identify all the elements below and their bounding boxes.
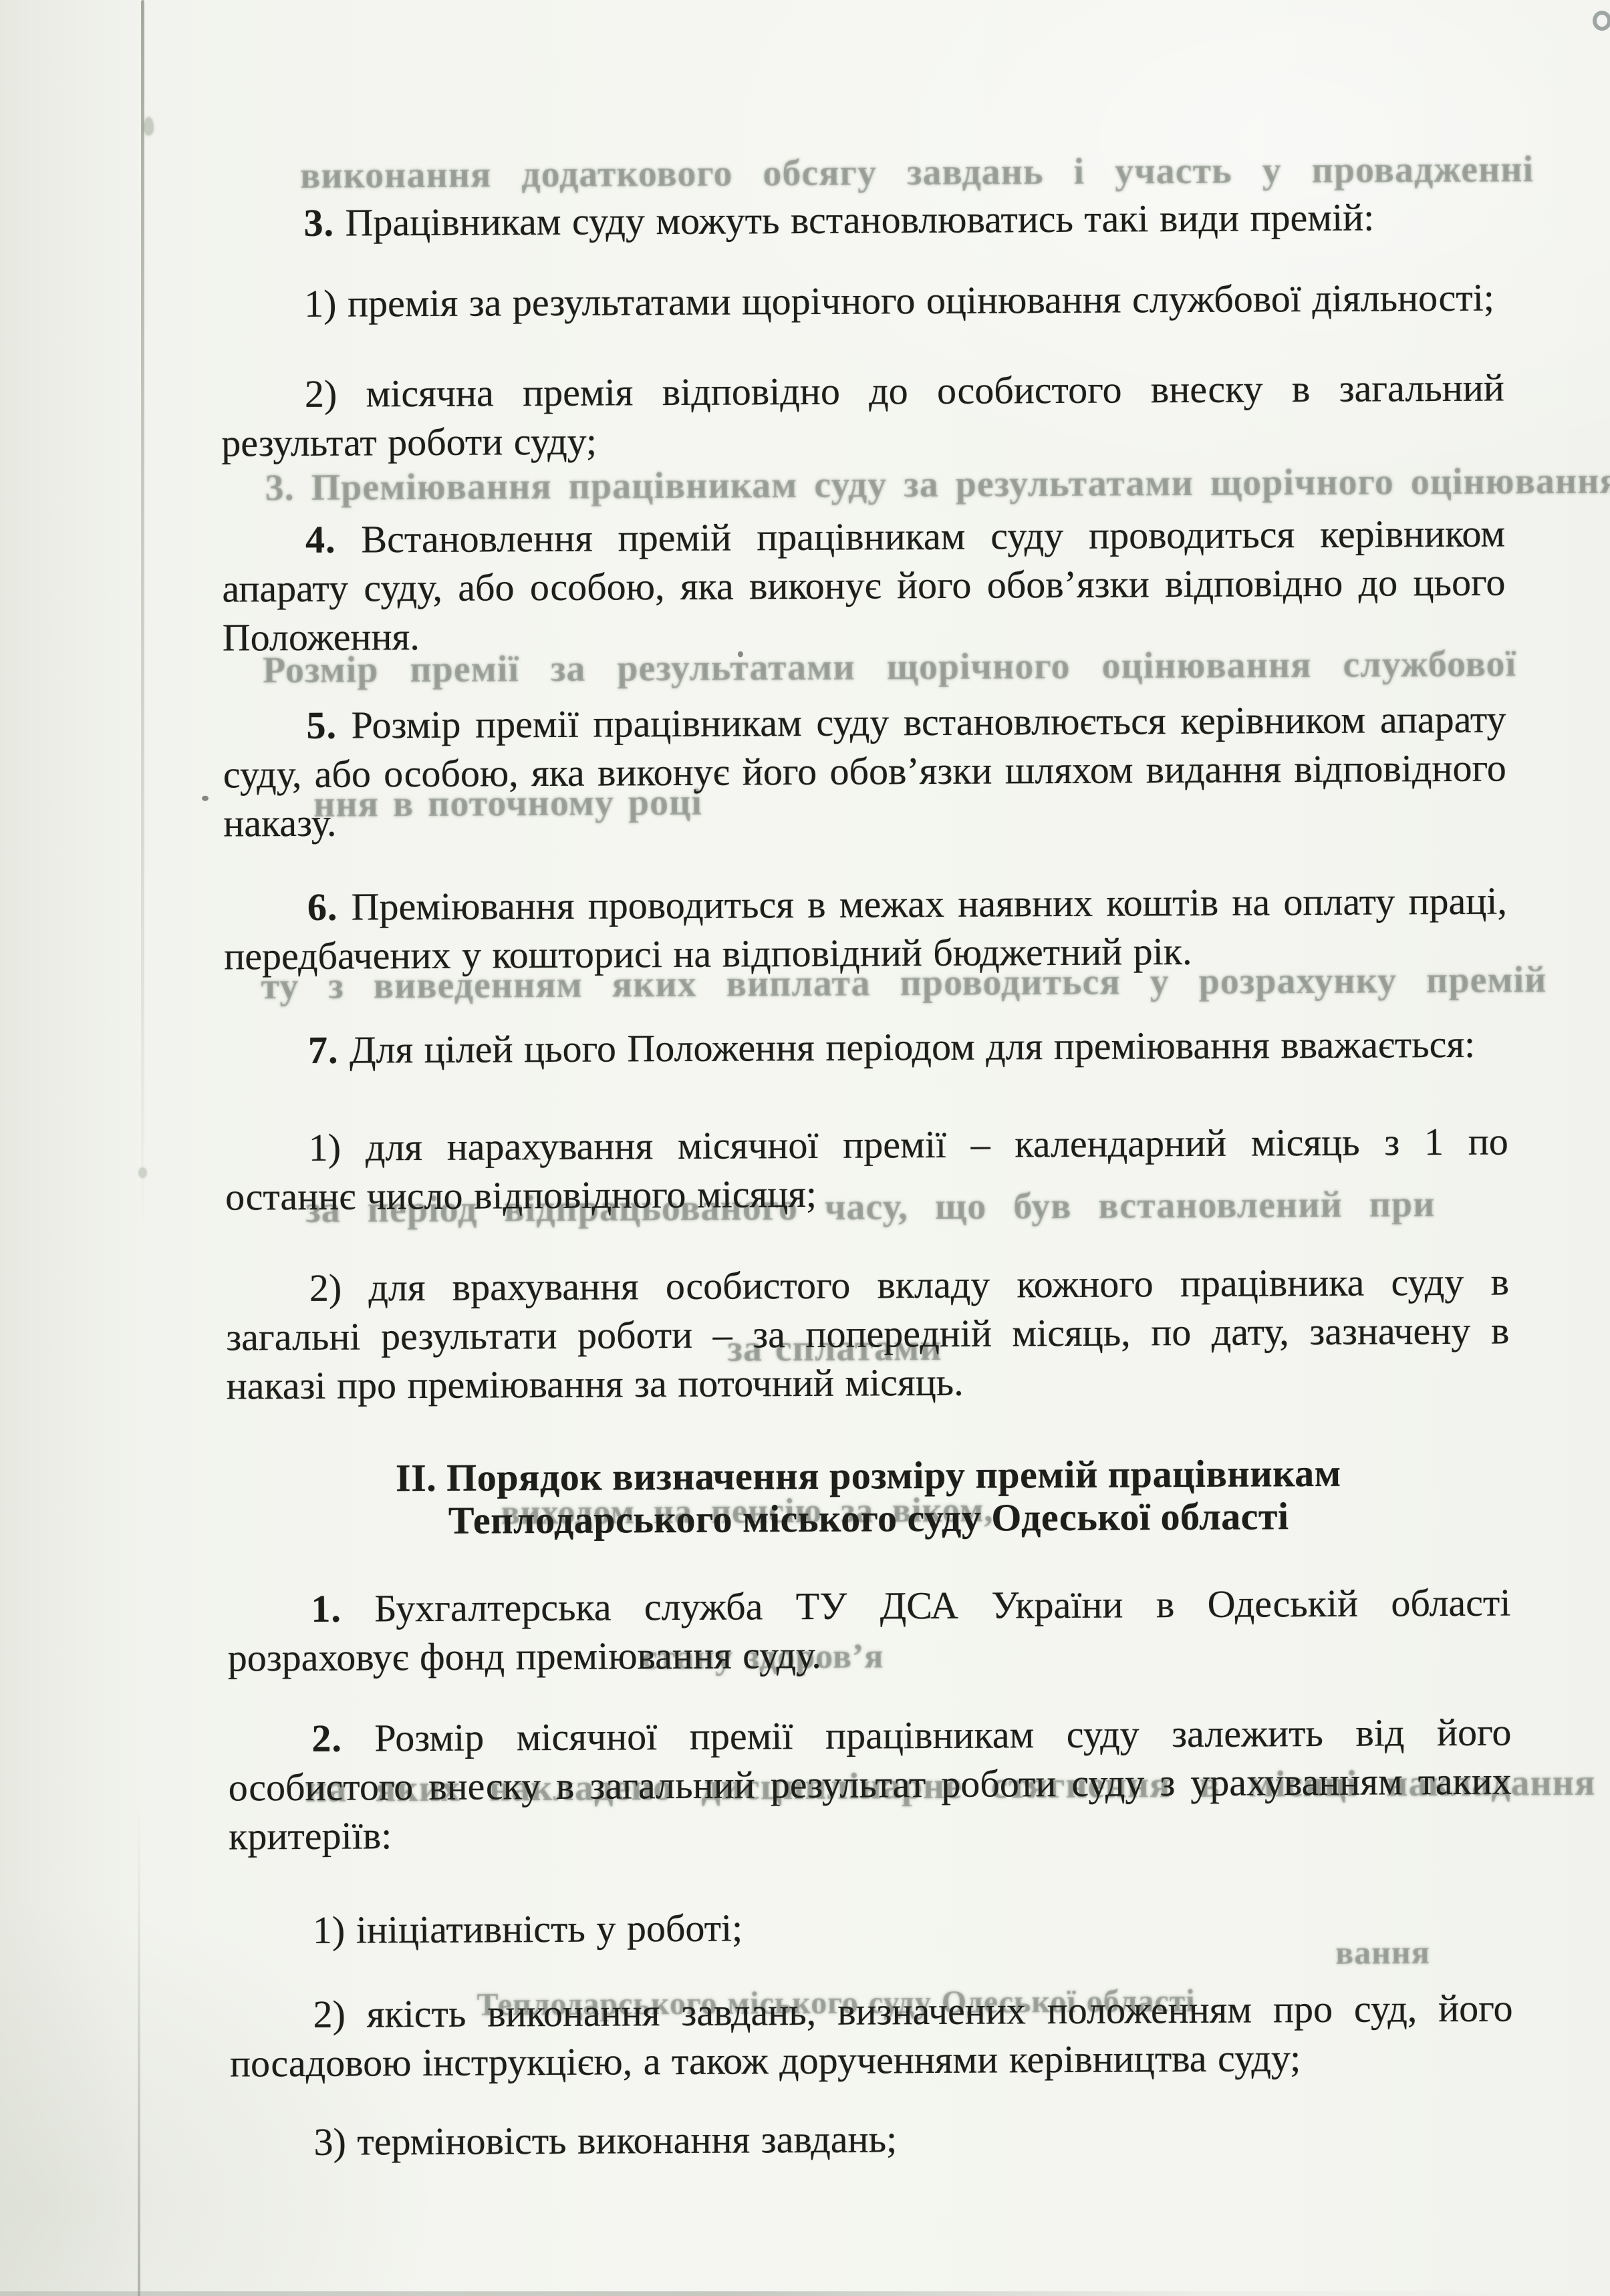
scan-tilt-layer: виконання додаткового обсягу завдань і у… [0, 0, 1610, 2296]
criteria-item-1: 1) ініціативність у роботі; [229, 1899, 1512, 1955]
item-text: місячна премія відповідно до особистого … [221, 366, 1504, 465]
paragraph-text: Встановлення премій працівникам суду про… [222, 512, 1505, 660]
paragraph-text: Преміювання проводиться в межах наявних … [224, 879, 1507, 978]
paragraph-number: 5. [306, 704, 337, 747]
item-text: премія за результатами щорічного оцінюва… [348, 276, 1494, 325]
paragraph-4: 4. Встановлення премій працівникам суду … [222, 509, 1506, 662]
paragraph-number: 6. [307, 885, 338, 929]
item-number: 1) [304, 282, 337, 325]
item-number: 1) [313, 1908, 346, 1952]
paragraph-7: 7. Для цілей цього Положення періодом дл… [225, 1019, 1508, 1074]
criteria-item-3: 3) терміновість виконання завдань; [230, 2111, 1513, 2166]
item-number: 2) [305, 372, 338, 416]
stray-ink-dot [202, 796, 209, 801]
list-item-2: 2) для врахування особистого вкладу кожн… [226, 1257, 1510, 1410]
item-number: 1) [309, 1126, 342, 1169]
list-item-1: 1) для нарахування місячної премії – кал… [225, 1117, 1509, 1221]
paragraph-text: Для цілей цього Положення періодом для п… [350, 1022, 1475, 1072]
item-text: для нарахування місячної премії – календ… [225, 1119, 1508, 1218]
list-item-2: 2) місячна премія відповідно до особисто… [221, 364, 1505, 468]
paragraph-number: 7. [308, 1028, 339, 1072]
paragraph-text: Розмір місячної премії працівникам суду … [229, 1710, 1512, 1858]
paragraph-5: 5. Розмір премії працівникам суду встано… [223, 695, 1506, 848]
paragraph-number: 4. [305, 518, 336, 561]
item-text: терміновість виконання завдань; [357, 2117, 897, 2163]
paragraph-number: 1. [311, 1587, 342, 1630]
paragraph-text: Розмір премії працівникам суду встановлю… [223, 698, 1506, 845]
item-text: якість виконання завдань, визначених пол… [230, 1986, 1513, 2085]
list-item-1: 1) премія за результатами щорічного оцін… [221, 273, 1504, 329]
section-2-paragraph-2: 2. Розмір місячної премії працівникам су… [228, 1707, 1512, 1860]
section-2-heading-line-2: Теплодарського міського суду Одеської об… [227, 1493, 1510, 1543]
document-text-block: 3. Працівникам суду можуть встановлювати… [219, 0, 1514, 2167]
item-number: 2) [309, 1266, 342, 1310]
section-2-heading-line-1: ІІ. Порядок визначення розміру премій пр… [227, 1451, 1510, 1500]
section-2-heading: ІІ. Порядок визначення розміру премій пр… [227, 1451, 1510, 1543]
criteria-item-2: 2) якість виконання завдань, визначених … [229, 1983, 1513, 2088]
item-number: 3) [313, 2120, 346, 2164]
scanned-document-page: виконання додаткового обсягу завдань і у… [0, 0, 1610, 2296]
item-text: ініціативність у роботі; [356, 1906, 743, 1952]
paragraph-3: 3. Працівникам суду можуть встановлювати… [220, 192, 1503, 248]
item-number: 2) [313, 1993, 346, 2036]
paragraph-6: 6. Преміювання проводиться в межах наявн… [224, 877, 1508, 981]
paragraph-text: Бухгалтерська служба ТУ ДСА України в Од… [228, 1580, 1511, 1679]
item-text: для врахування особистого вкладу кожного… [226, 1260, 1509, 1407]
section-2-paragraph-1: 1. Бухгалтерська служба ТУ ДСА України в… [227, 1578, 1511, 1682]
paragraph-number: 2. [311, 1717, 342, 1760]
paragraph-number: 3. [303, 201, 334, 245]
paragraph-text: Працівникам суду можуть встановлюватись … [345, 196, 1374, 245]
